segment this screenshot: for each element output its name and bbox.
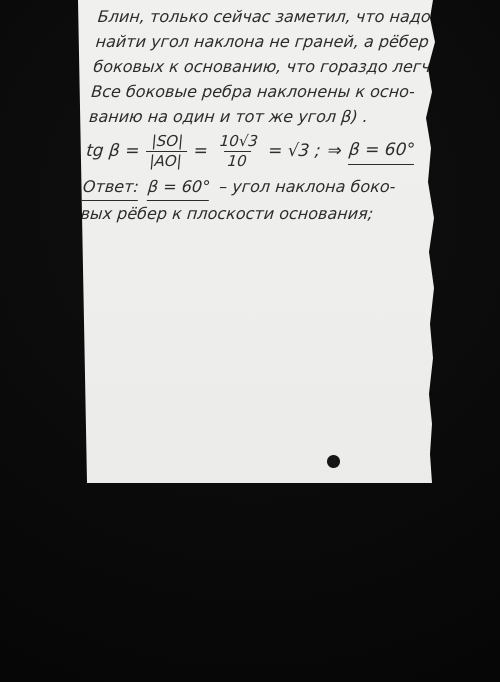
note-line-3: боковых к основанию, что гораздо легче. (92, 54, 424, 79)
equals-sign: = (193, 139, 209, 164)
note-line-4: Все боковые ребра наклонены к осно- (90, 79, 422, 104)
answer-text: – угол наклона боко- (218, 177, 396, 196)
equals-sqrt3: = √3 ; (267, 139, 322, 164)
scanner-background: Блин, только сейчас заметил, что надо на… (0, 0, 500, 682)
handwritten-note: Блин, только сейчас заметил, что надо на… (80, 4, 429, 226)
answer-line-2: вых рёбер к плоскости основания; (80, 201, 412, 226)
formula-lhs: tg β = (85, 139, 141, 164)
answer-result-underlined: β = 60° (147, 174, 212, 201)
note-line-2: найти угол наклона не граней, а рёбер (95, 29, 427, 54)
paper-sheet: Блин, только сейчас заметил, что надо на… (0, 0, 500, 500)
fraction-numerator: 10√3 (215, 133, 263, 150)
hole-punch-dot (327, 455, 340, 468)
fraction-numerator: |SO| (147, 133, 188, 150)
fraction-10sqrt3-over-10: 10√3 10 (213, 133, 262, 168)
fraction-denominator: |AO| (145, 151, 187, 169)
note-line-5: ванию на один и тот же угол β) . (88, 104, 420, 129)
formula-result-underlined: β = 60° (348, 138, 416, 165)
answer-line: Ответ: β = 60° – угол наклона боко- (82, 174, 414, 201)
fraction-so-over-ao: |SO| |AO| (145, 133, 188, 168)
fraction-denominator: 10 (223, 151, 252, 169)
tangent-formula: tg β = |SO| |AO| = 10√3 10 = √3 ; ⇒ β = … (84, 130, 418, 172)
note-line-1: Блин, только сейчас заметил, что надо (97, 4, 429, 29)
implies-arrow: ⇒ (326, 139, 342, 164)
answer-label: Ответ: (82, 174, 140, 201)
